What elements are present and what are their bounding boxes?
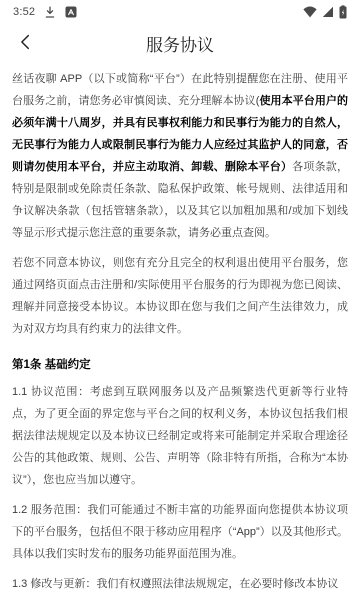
cell-signal-icon (322, 6, 334, 18)
battery-icon (339, 5, 347, 19)
consent-paragraph: 若您不同意本协议，则您有充分且完全的权利退出使用平台服务，您通过网络页面点击注册… (12, 252, 348, 340)
wifi-icon (303, 6, 317, 18)
back-chevron-icon (15, 31, 37, 56)
section-1-heading: 第1条 基础约定 (12, 354, 348, 376)
clause-1-1-paragraph: 1.1 协议范围：考虑到互联网服务以及产品频繁迭代更新等行业特点，为了更全面的界… (12, 381, 348, 491)
intro-paragraph: 丝话夜聊 APP（以下或简称“平台”）在此特别提醒您在注册、使用平台服务之前，请… (12, 68, 348, 244)
status-bar: 3:52 (0, 0, 360, 22)
clause-1-2-paragraph: 1.2 服务范围：我们可能通过不断丰富的功能界面向您提供本协议项下的平台服务，包… (12, 499, 348, 565)
status-time: 3:52 (13, 6, 35, 18)
app-screen: 3:52 (0, 0, 360, 600)
app-badge-icon (65, 6, 77, 18)
agreement-scroll-area[interactable]: 丝话夜聊 APP（以下或简称“平台”）在此特别提醒您在注册、使用平台服务之前，请… (0, 64, 360, 595)
download-icon (44, 6, 56, 19)
header: 服务协议 (0, 22, 360, 64)
page-title: 服务协议 (0, 31, 360, 56)
back-button[interactable] (6, 23, 46, 63)
clause-1-3-paragraph: 1.3 修改与更新：我们有权遵照法律法规规定，在必要时修改本协议 (12, 573, 348, 595)
